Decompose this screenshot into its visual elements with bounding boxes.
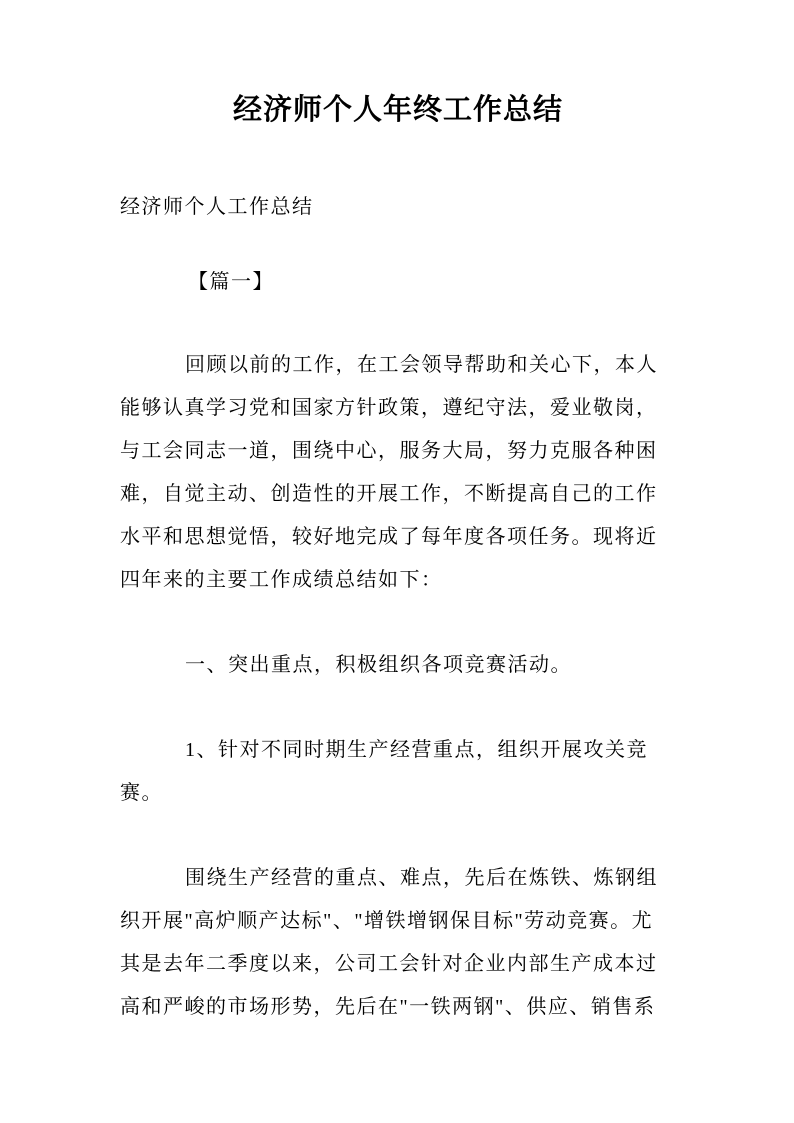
- document-title: 经济师个人年终工作总结: [120, 88, 676, 132]
- text-line: 围绕生产经营的重点、难点，先后在炼铁、炼钢组: [120, 857, 676, 900]
- paragraph-item-1: 1、针对不同时期生产经营重点，组织开展攻关竞 赛。: [120, 729, 676, 815]
- text-line: 赛。: [120, 772, 676, 815]
- document-subtitle: 经济师个人工作总结: [120, 186, 676, 229]
- paragraph-heading-one: 一、突出重点，积极组织各项竞赛活动。: [120, 644, 676, 687]
- text-line: 1、针对不同时期生产经营重点，组织开展攻关竞: [120, 729, 676, 772]
- text-line: 水平和思想觉悟，较好地完成了每年度各项任务。现将近: [120, 516, 676, 559]
- text-line: 能够认真学习党和国家方针政策，遵纪守法，爱业敬岗，: [120, 387, 676, 430]
- paragraph-detail: 围绕生产经营的重点、难点，先后在炼铁、炼钢组 织开展"高炉顺产达标"、"增铁增钢…: [120, 857, 676, 1029]
- text-line: 织开展"高炉顺产达标"、"增铁增钢保目标"劳动竞赛。尤: [120, 900, 676, 943]
- text-line: 一、突出重点，积极组织各项竞赛活动。: [120, 644, 676, 687]
- paragraph-intro: 回顾以前的工作，在工会领导帮助和关心下，本人 能够认真学习党和国家方针政策，遵纪…: [120, 344, 676, 602]
- text-line: 其是去年二季度以来，公司工会针对企业内部生产成本过: [120, 943, 676, 986]
- text-line: 难，自觉主动、创造性的开展工作，不断提高自己的工作: [120, 473, 676, 516]
- document-page: 经济师个人年终工作总结 经济师个人工作总结 【篇一】 回顾以前的工作，在工会领导…: [0, 0, 794, 1123]
- text-line: 高和严峻的市场形势，先后在"一铁两钢"、供应、销售系: [120, 986, 676, 1029]
- text-line: 四年来的主要工作成绩总结如下：: [120, 559, 676, 602]
- section-label: 【篇一】: [120, 261, 676, 304]
- text-line: 与工会同志一道，围绕中心，服务大局，努力克服各种困: [120, 430, 676, 473]
- text-line: 回顾以前的工作，在工会领导帮助和关心下，本人: [120, 344, 676, 387]
